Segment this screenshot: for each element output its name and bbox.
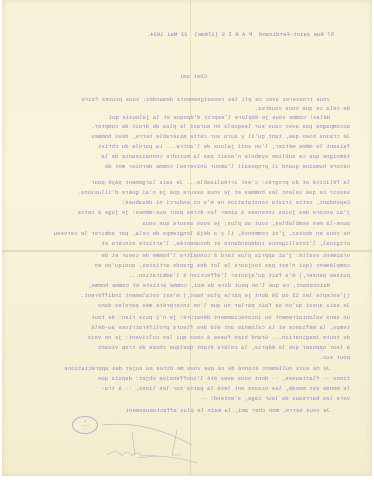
body-line: Hélas! comme vous je déplore l'esprit d'… [109, 114, 330, 121]
body-line: ne vous en doutez, j'ai commencé, il y a… [54, 230, 350, 237]
circular-stamp-icon: ●——— [72, 416, 98, 434]
closing-line: Je vous serre, mon cher ami, la main le … [126, 407, 330, 414]
body-line: Cependant, cette triste constatation ne … [122, 199, 350, 206]
letter-header: 57 Rue saint-Ferdinand P A R I S (17ème)… [147, 31, 334, 38]
body-line: original, l'intelligence indépendante et… [101, 240, 350, 247]
body-line: Maintenant, ce que l'on peut dire de moi… [88, 282, 330, 289]
mirrored-content: 57 Rue saint-Ferdinand P A R I S (17ème)… [2, 0, 372, 476]
body-line: tions -- flatteuses, -- dont vous avez é… [98, 375, 350, 382]
body-line: de cela ce que vous voudrez. [255, 105, 350, 112]
body-line: j'ai encore des joies intenses à aimer l… [77, 209, 350, 216]
body-line: puisse penser,) m'a fait qu'ajouter l'af… [129, 272, 350, 279]
body-line: Je sais aussi qu'on se fait parler ou qu… [98, 302, 350, 309]
body-line: nature humaine quand il proposait l'amou… [105, 163, 350, 170]
body-line: aune-là mes semblables, tout au plus; je… [142, 220, 350, 227]
body-line: accompagne pas avec ceux sur lesquels on… [91, 123, 350, 130]
body-line: à leur opposer que le mépris, la colère … [98, 344, 350, 351]
body-line: temps, la méfiance et la calomnie ont ét… [91, 324, 350, 331]
body-line: vous trouverez avec ce pli les renseigne… [81, 96, 330, 103]
body-line: témoigne que ce sublime symbole n'avait … [101, 153, 350, 160]
salutation: Cher ami [180, 73, 207, 80]
body-line: faisant le même métier, l'un soit jaloux… [98, 143, 350, 150]
body-line: savoir ce que valent les hommes et je vo… [77, 189, 350, 196]
pencil-signature-icon [97, 420, 207, 465]
body-line: complément (qui n'est pas toujours le lo… [94, 262, 350, 269]
body-line: la félicité et du progrès: c'est irréali… [91, 179, 350, 186]
body-line: Je crains bien que, tant qu'il y aura su… [91, 133, 350, 140]
body-line: Je ne suis nullement étonné de ce que vo… [64, 365, 330, 372]
letter-page: 57 Rue saint-Ferdinand P A R I S (17ème)… [2, 0, 372, 476]
body-line: pour eux. [319, 354, 350, 361]
body-line: le monde est monde, les oisons ont levé … [101, 385, 350, 392]
body-line: (j'excepte les 15 ou 20 dont je parle pl… [81, 292, 350, 299]
body-line: un sens volontairement ou inconsciemment… [91, 314, 350, 321]
body-line: de toute imagination... Grand bien fasse… [88, 334, 350, 341]
body-line: vraiment exalté: j'ai appris plus tard à… [101, 252, 350, 259]
body-line: vers les barreaux de leur cage, s'entend… [200, 395, 350, 402]
